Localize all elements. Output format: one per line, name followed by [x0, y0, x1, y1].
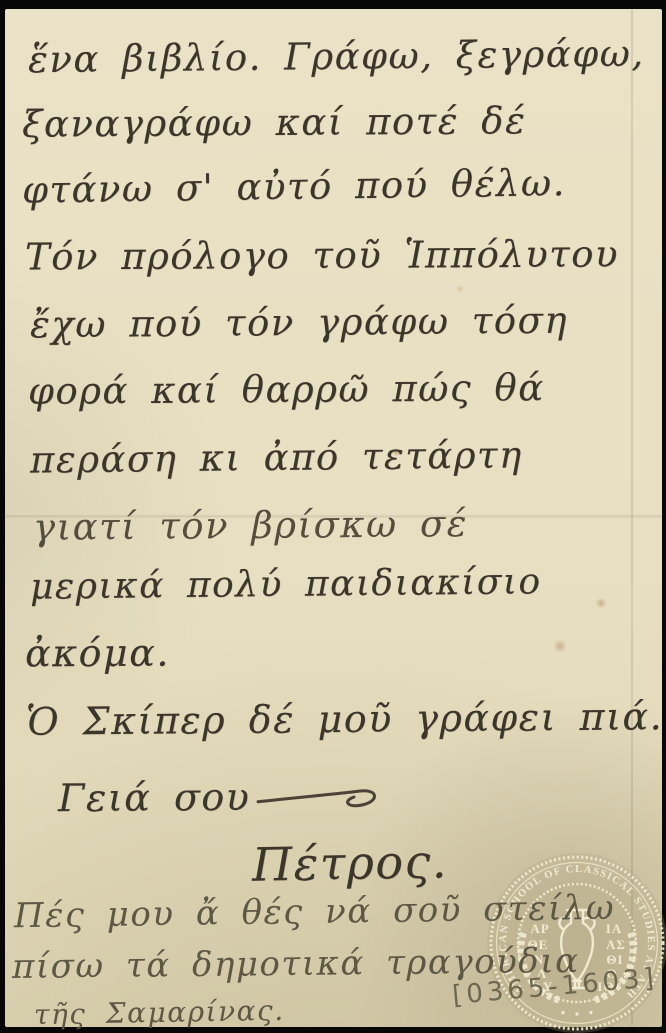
foxing-stain — [552, 640, 568, 652]
handwritten-line: μερικά πολύ παιδιακίσιο — [30, 564, 542, 605]
line-text: γιατί τόν βρίσκω σέ — [33, 502, 468, 549]
svg-text:ΘΙ: ΘΙ — [606, 952, 623, 967]
handwritten-line: φορά καί θαρρῶ πώς θά — [28, 369, 545, 410]
postscript-line: Πές μου ἄ θές νά σοῦ στείλω — [14, 891, 616, 933]
handwritten-line: ἔχω πού τόν γράφω τόση — [30, 302, 568, 344]
line-text: ξαναγράφω καί ποτέ δέ — [22, 99, 527, 146]
handwritten-line: περάση κι ἀπό τετάρτη — [30, 436, 523, 478]
line-text: φτάνω σ' αὐτό πού θέλω. — [22, 161, 566, 212]
postscript-line: τῆς Σαμαρίνας. — [34, 997, 285, 1029]
svg-text:ΑΣ: ΑΣ — [606, 937, 626, 952]
line-text: τῆς Σαμαρίνας. — [34, 994, 285, 1031]
line-text: ἔχω πού τόν γράφω τόση — [30, 299, 568, 347]
line-text: ἕνα βιβλίο. Γράφω, ξεγράφω, — [28, 32, 645, 81]
line-text: μερικά πολύ παιδιακίσιο — [30, 561, 542, 607]
pen-flourish — [256, 782, 386, 817]
handwritten-line: Ὁ Σκίπερ δέ μοῦ γράφει πιά. — [26, 697, 663, 741]
line-text: Πές μου ἄ θές νά σοῦ στείλω — [14, 888, 616, 936]
signature-text: Πέτρος. — [252, 834, 449, 891]
seal-dot — [561, 1011, 564, 1014]
line-text: Γειά σου — [58, 775, 251, 820]
handwritten-line: ἕνα βιβλίο. Γράφω, ξεγράφω, — [28, 35, 645, 78]
signature: Πέτρος. — [252, 838, 449, 887]
scanned-letter-page: AMERICAN SCHOOL OF CLASSICAL STUDIES AT … — [0, 0, 666, 1033]
handwritten-line: Τόν πρόλογο τοῦ Ἱππόλυτου — [25, 235, 619, 275]
line-text: φορά καί θαρρῶ πώς θά — [28, 366, 545, 413]
line-text: Ὁ Σκίπερ δέ μοῦ γράφει πιά. — [26, 694, 663, 744]
handwritten-line: φτάνω σ' αὐτό πού θέλω. — [22, 164, 566, 209]
handwritten-closing-line: Γειά σου — [58, 777, 387, 819]
seal-dot — [589, 1011, 592, 1014]
handwritten-line: ἀκόμα. — [25, 634, 170, 673]
foxing-stain — [595, 598, 607, 608]
line-text: περάση κι ἀπό τετάρτη — [30, 433, 523, 481]
handwritten-line: γιατί τόν βρίσκω σέ — [33, 505, 468, 546]
handwritten-line: ξαναγράφω καί ποτέ δέ — [22, 102, 527, 143]
line-text: ἀκόμα. — [25, 631, 170, 676]
line-text: Τόν πρόλογο τοῦ Ἱππόλυτου — [25, 232, 619, 278]
seal-dot — [575, 1012, 578, 1015]
foxing-stain — [455, 285, 465, 293]
